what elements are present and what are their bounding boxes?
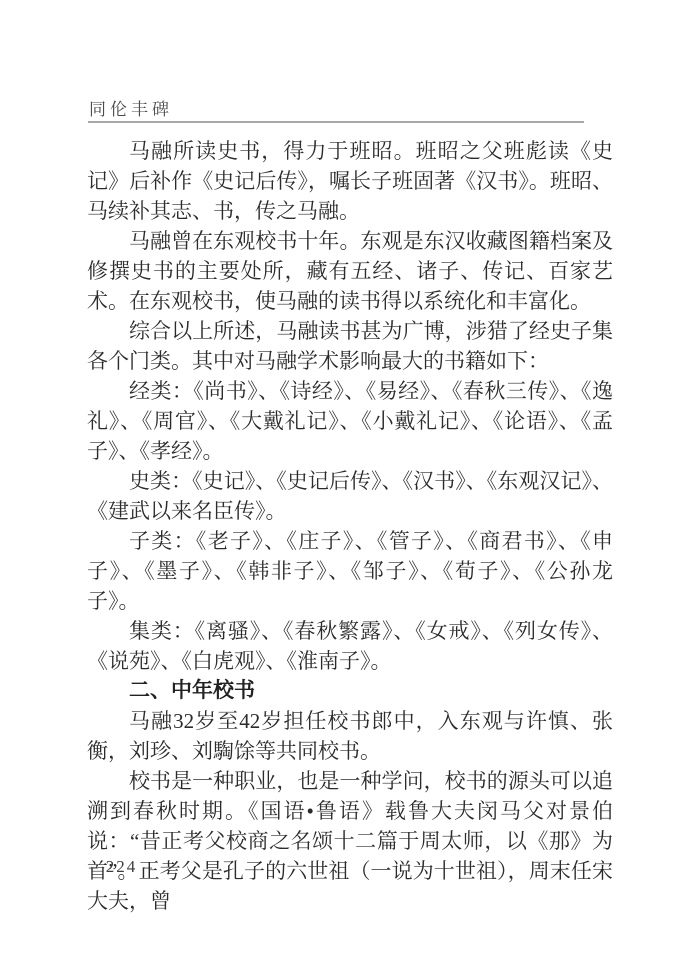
book-page: 同伦丰碑 马融所读史书，得力于班昭。班昭之父班彪读《史记》后补作《史记后传》，嘱…	[0, 0, 692, 968]
paragraph: 马融曾在东观校书十年。东观是东汉收藏图籍档案及修撰史书的主要处所，藏有五经、诸子…	[87, 226, 613, 316]
paragraph-collections-list: 集类：《离骚》、《春秋繁露》、《女戒》、《列女传》、《说苑》、《白虎观》、《淮南…	[87, 616, 613, 676]
page-number: – 224 –	[89, 856, 154, 878]
section-heading: 二、中年校书	[87, 676, 613, 706]
paragraph: 马融所读史书，得力于班昭。班昭之父班彪读《史记》后补作《史记后传》，嘱长子班固著…	[87, 136, 613, 226]
paragraph-masters-list: 子类：《老子》、《庄子》、《管子》、《商君书》、《申子》、《墨子》、《韩非子》、…	[87, 526, 613, 616]
paragraph: 综合以上所述，马融读书甚为广博，涉猎了经史子集各个门类。其中对马融学术影响最大的…	[87, 316, 613, 376]
paragraph-history-list: 史类：《史记》、《史记后传》、《汉书》、《东观汉记》、《建武以来名臣传》。	[87, 466, 613, 526]
paragraph: 马融32岁至42岁担任校书郎中，入东观与许慎、张衡，刘珍、刘騊馀等共同校书。	[87, 706, 613, 766]
running-header-book-title: 同伦丰碑	[89, 99, 173, 121]
page-body-text: 马融所读史书，得力于班昭。班昭之父班彪读《史记》后补作《史记后传》，嘱长子班固著…	[87, 136, 613, 916]
paragraph-classics-list: 经类：《尚书》、《诗经》、《易经》、《春秋三传》、《逸礼》、《周官》、《大戴礼记…	[87, 376, 613, 466]
paragraph: 校书是一种职业，也是一种学问，校书的源头可以追溯到春秋时期。《国语•鲁语》载鲁大…	[87, 766, 613, 916]
header-divider-rule	[88, 121, 584, 123]
